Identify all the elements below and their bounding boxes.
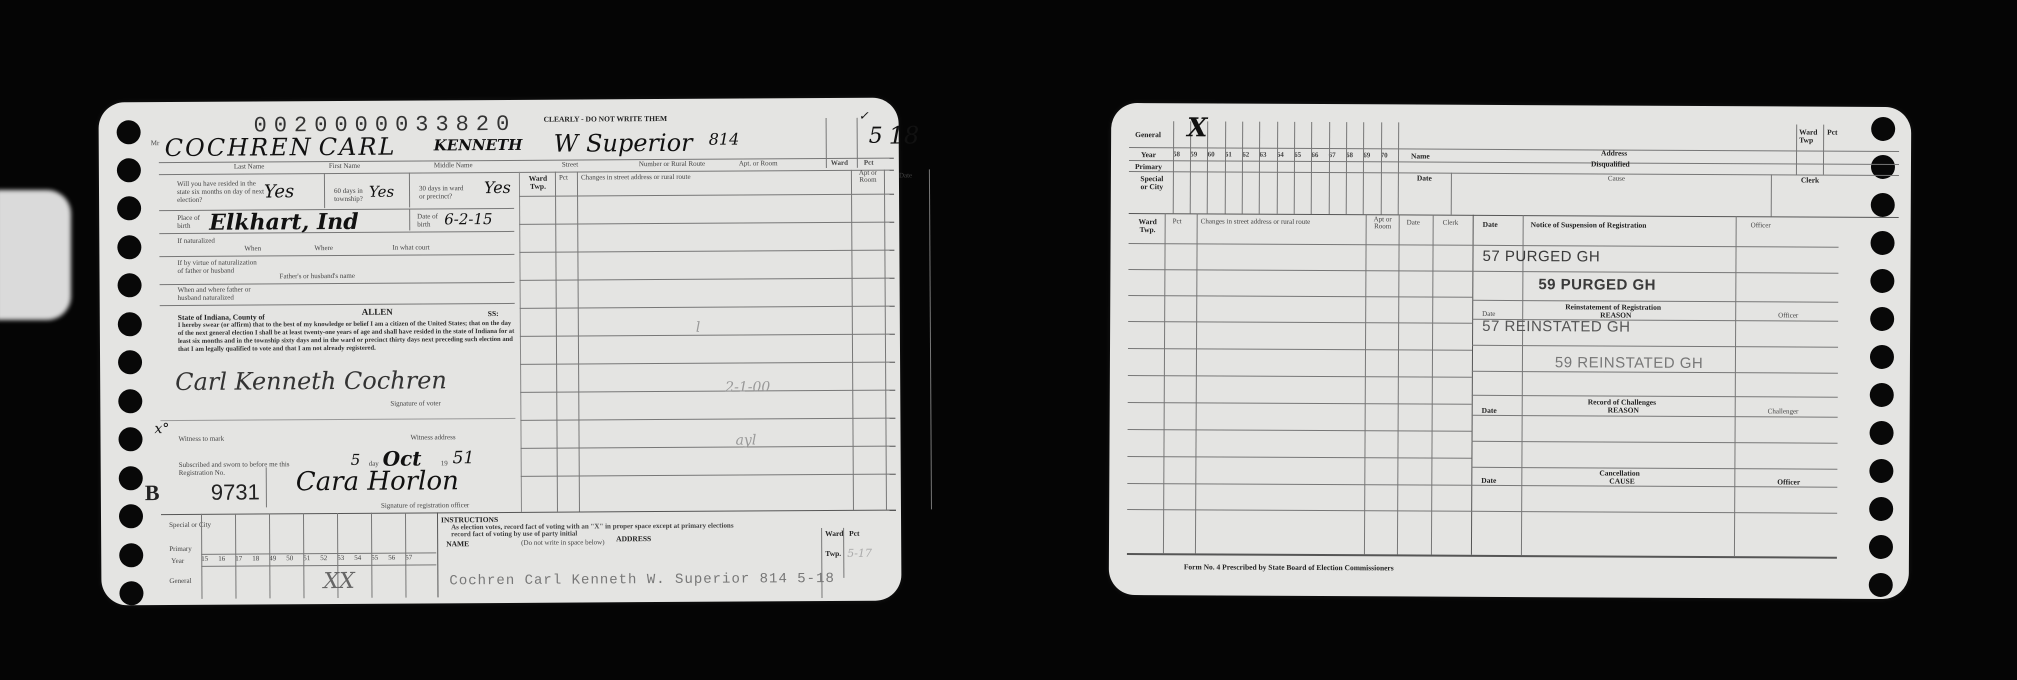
oath-text: I hereby swear (or affirm) that to the b… <box>178 320 516 354</box>
witness-address-label: Witness address <box>411 434 456 441</box>
punch-hole <box>1869 573 1893 597</box>
grid-row-primary: Primary <box>1135 163 1162 171</box>
disq-title: Disqualified <box>1591 160 1630 168</box>
punch-hole <box>1871 117 1895 141</box>
reinstatement-date-label: Date <box>1482 311 1495 318</box>
officer-signature: Cara Horlon <box>296 468 459 495</box>
punch-hole <box>117 196 141 220</box>
instructions-line2: record fact of voting by use of party in… <box>451 531 577 539</box>
punch-hole <box>117 120 141 144</box>
sworn-day: 5 <box>351 453 361 468</box>
precinct-question: 30 days in ward or precinct? <box>419 184 469 200</box>
title-prefix: Mr <box>151 140 160 147</box>
punch-hole <box>118 273 142 297</box>
back-changes-header-apt: Apt or Room <box>1369 216 1397 230</box>
street-number: 814 <box>709 132 740 148</box>
grid-row-year: Year <box>1141 151 1156 159</box>
challenges-date-label: Date <box>1482 407 1497 415</box>
witness-mark-scribble: x° <box>154 422 169 436</box>
punch-hole <box>119 466 143 490</box>
grid-row-special: Special or City <box>1137 175 1167 192</box>
disq-name-label: Name <box>1411 152 1430 160</box>
street: W Superior <box>554 131 693 156</box>
back-changes-header-date: Date <box>1407 219 1420 226</box>
punch-hole <box>119 581 143 605</box>
reinstatement-entry: 59 REINSTATED GH <box>1555 355 1703 371</box>
punch-hole <box>118 312 142 336</box>
address-label: ADDRESS <box>616 535 651 543</box>
no-write-label: (Do not write in space below) <box>521 539 604 547</box>
state-residence-question: Will you have resided in the state six m… <box>177 179 267 204</box>
pencil-note: 2-1-00 <box>725 380 770 394</box>
pencil-note: ayl <box>736 433 757 447</box>
pencil-ward-pct: 5-17 <box>847 548 872 559</box>
punch-hole <box>1869 535 1893 559</box>
suspension-date-label: Date <box>1483 221 1498 229</box>
pct-value: 18 <box>889 123 920 147</box>
signature-label: Signature of voter <box>390 400 441 407</box>
birth-date-label: Date of birth <box>417 212 442 228</box>
suspension-officer-label: Officer <box>1751 222 1771 229</box>
changes-header-apt: Apt or Room <box>853 170 883 184</box>
label-number: Number or Rural Route <box>639 161 705 168</box>
punch-hole <box>119 543 143 567</box>
punch-hole <box>118 350 142 374</box>
label-pct: Pct <box>864 160 874 167</box>
disq-date-label: Date <box>1417 175 1432 183</box>
vote-row-special: Special or City <box>169 522 211 529</box>
back-changes-header-address: Changes in street address or rural route <box>1201 218 1311 226</box>
naturalized-when: When <box>244 245 261 252</box>
back-changes-header-clerk: Clerk <box>1443 220 1459 227</box>
officer-signature-label: Signature of registration officer <box>381 502 469 510</box>
suspension-entry: 57 PURGED GH <box>1482 249 1600 265</box>
disq-cause-label: Cause <box>1608 176 1625 183</box>
cancellation-date-label: Date <box>1481 477 1496 485</box>
punch-hole <box>118 427 142 451</box>
registration-card-front: 0020000033820 CLEARLY - DO NOT WRITE THE… <box>98 98 901 606</box>
township-answer: Yes <box>369 185 394 200</box>
label-first-name: First Name <box>329 163 360 170</box>
general-vote-mark: X <box>1187 115 1207 141</box>
label-last-name: Last Name <box>234 163 265 170</box>
sworn-year: 51 <box>453 450 475 467</box>
registration-letter: B <box>145 482 160 504</box>
punch-hole <box>117 235 141 259</box>
pencil-note: l <box>696 321 701 335</box>
punch-hole <box>118 389 142 413</box>
pct-label-bottom: Pct <box>849 530 859 538</box>
changes-header-date: Date <box>899 172 912 179</box>
check-mark: ✓ <box>859 110 869 122</box>
oath-state-county: State of Indiana, County of <box>178 313 265 321</box>
disq-address-label: Address <box>1601 149 1627 157</box>
back-changes-header-ward: Ward Twp. <box>1133 218 1163 233</box>
birth-place: Elkhart, Ind <box>209 211 358 234</box>
voter-signature: Carl Kenneth Cochren <box>175 368 447 394</box>
twp-label-bottom: Twp. <box>825 550 841 558</box>
punch-hole <box>1870 383 1894 407</box>
form-footer: Form No. 4 Prescribed by State Board of … <box>1184 563 1394 572</box>
label-apt: Apt. or Room <box>739 160 778 167</box>
precinct-answer: Yes <box>484 180 511 196</box>
oath-county: ALLEN <box>362 308 393 317</box>
oath-ss: SS: <box>488 310 499 318</box>
punch-hole <box>1869 459 1893 483</box>
label-street: Street <box>562 162 578 169</box>
naturalized-label: If naturalized <box>177 237 217 245</box>
typed-name-address: Cochren Carl Kenneth W. Superior 814 5-1… <box>449 572 835 588</box>
suspension-entry: 59 PURGED GH <box>1538 277 1656 293</box>
header-instruction: CLEARLY - DO NOT WRITE THEM <box>544 115 667 123</box>
name-label: NAME <box>446 540 469 548</box>
vote-row-primary: Primary <box>169 546 192 553</box>
ward-value: 5 <box>869 126 883 148</box>
back-changes-header-pct: Pct <box>1173 218 1182 225</box>
witness-mark-label: Witness to mark <box>179 436 225 443</box>
scan-artifact <box>0 190 71 320</box>
sworn-label: Subscribed and sworn to before me this <box>179 461 290 469</box>
birth-date: 6-2-15 <box>444 212 492 227</box>
punch-hole <box>117 158 141 182</box>
father-name-label: Father's or husband's name <box>280 273 355 280</box>
punch-hole <box>1870 345 1894 369</box>
punch-hole <box>1870 421 1894 445</box>
father-naturalization-label: If by virtue of naturalization of father… <box>177 258 262 275</box>
disq-clerk-label: Clerk <box>1801 177 1819 185</box>
registration-number: 9731 <box>211 481 260 503</box>
father-where-label: When and where father or husband natural… <box>178 285 273 302</box>
suspension-title: Notice of Suspension of Registration <box>1531 221 1647 229</box>
changes-header-address: Changes in street address or rural route <box>581 174 691 182</box>
disq-pct-label: Pct <box>1827 129 1837 137</box>
vote-row-year: Year <box>171 558 184 565</box>
naturalized-where: Where <box>314 245 333 252</box>
first-name: CARL <box>319 135 397 159</box>
challenges-reason-label: REASON <box>1608 407 1639 415</box>
punch-hole <box>1870 307 1894 331</box>
naturalized-court: In what court <box>392 244 429 251</box>
ward-label-bottom: Ward <box>825 530 843 538</box>
punch-hole <box>1870 269 1894 293</box>
last-name: COCHREN <box>165 135 313 160</box>
middle-name: KENNETH <box>434 138 523 154</box>
registration-no-label: Registration No. <box>179 470 225 477</box>
label-ward: Ward <box>831 160 848 167</box>
punch-hole <box>1871 231 1895 255</box>
registration-card-back: General Year Primary Special or City 58 … <box>1109 103 1912 599</box>
cancellation-cause-label: CAUSE <box>1609 478 1634 486</box>
changes-header-pct: Pct <box>559 175 568 182</box>
grid-row-general: General <box>1135 131 1161 139</box>
birth-place-label: Place of birth <box>177 214 207 230</box>
punch-hole <box>119 504 143 528</box>
disq-ward-label: Ward Twp <box>1799 129 1821 144</box>
reinstatement-entry: 57 REINSTATED GH <box>1482 319 1630 335</box>
vote-row-general: General <box>169 578 191 585</box>
punch-hole <box>1871 193 1895 217</box>
state-residence-answer: Yes <box>264 183 294 201</box>
general-vote-mark: XX <box>323 571 354 593</box>
cancellation-officer-label: Officer <box>1777 478 1800 486</box>
label-middle-name: Middle Name <box>434 162 473 169</box>
changes-header-ward: Ward Twp. <box>522 175 554 190</box>
reinstatement-officer-label: Officer <box>1778 312 1798 319</box>
punch-hole <box>1869 497 1893 521</box>
challenges-challenger-label: Challenger <box>1768 408 1799 415</box>
